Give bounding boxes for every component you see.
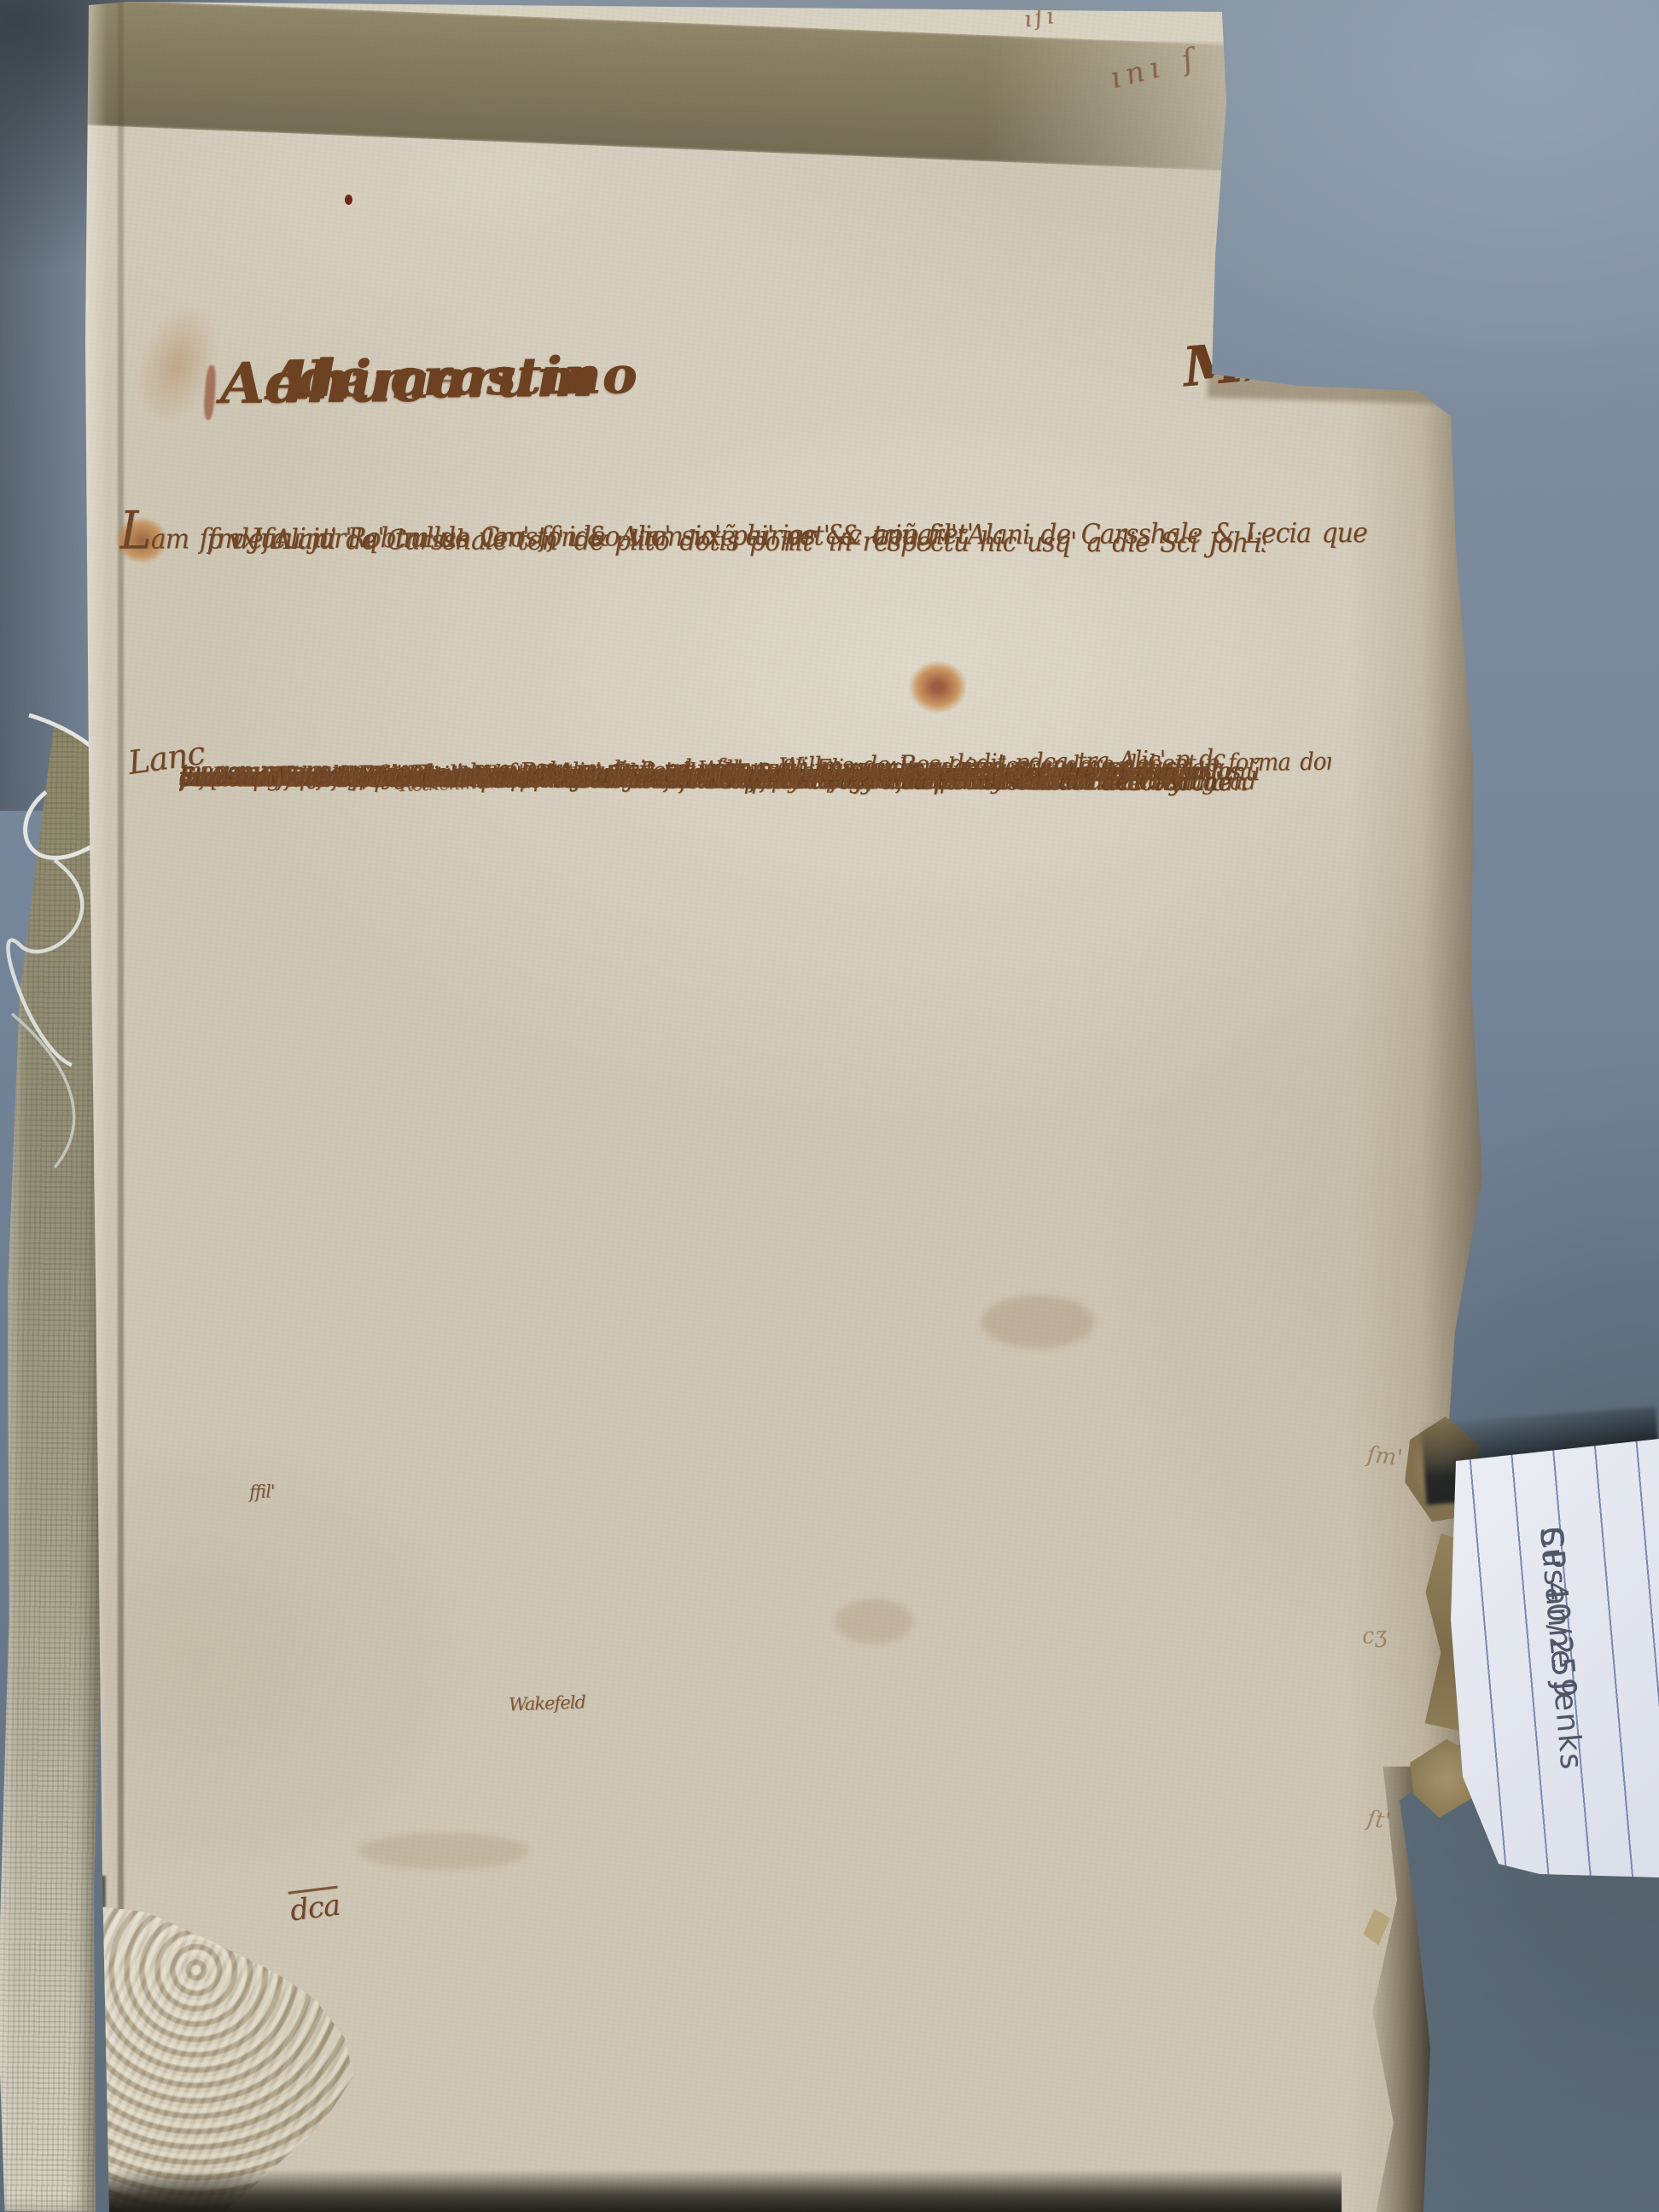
ink-smudge [358,1833,529,1869]
edge-ink-fragment: ſt' [1365,1806,1392,1834]
ink-smudge [835,1599,913,1644]
gutter-crease [118,0,124,2212]
ink-smudge [981,1295,1094,1348]
slip-text-line: Susanne Jenks [1529,1525,1592,1773]
final-word: dca [288,1889,342,1929]
interlineation: Rothehm mx [399,771,509,795]
bottom-edge-shadow [94,2169,1342,2212]
roll-heading: Adhuc de crastino Animarum [219,340,1244,453]
photograph: ıſı ını ſ Adhuc de crastino Animarum Mx.… [0,0,1659,2212]
red-ink-dot [345,195,352,205]
edge-ink-fragment: ſm' [1366,1442,1404,1471]
slip-handwriting: CP 40/259Susanne Jenks [1571,1525,1597,1814]
orange-stain [901,654,975,720]
interlineation: Wakefeld [509,1691,586,1714]
interlineation: ffil' [249,1481,276,1502]
edge-ink-fragment: cʒ [1361,1622,1388,1650]
preamble-line: p defcu jur' q' nullus ven' ſſ ideo vic'… [207,500,1052,573]
heading-word: Animarum [267,346,594,412]
